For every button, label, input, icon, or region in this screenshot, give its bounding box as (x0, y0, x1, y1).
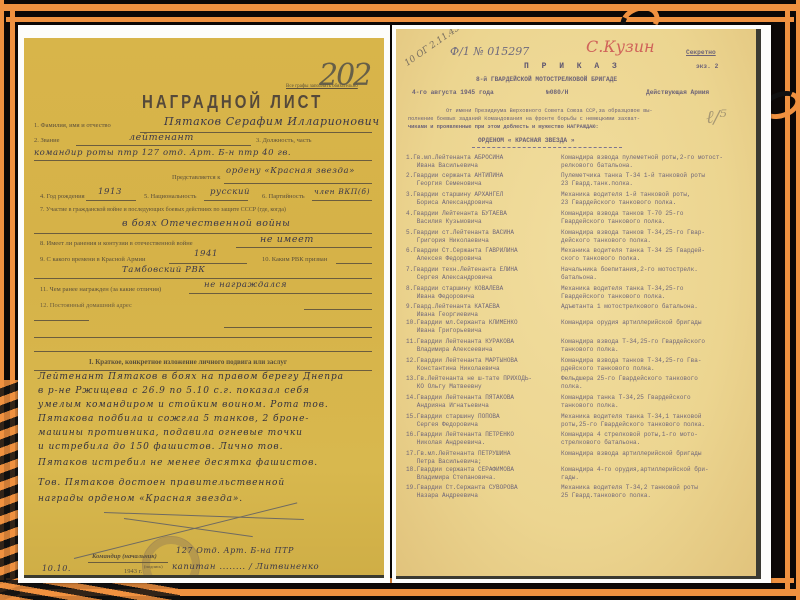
awardee-name: 5.Гвардии ст.Лейтенанта ВАСИНА Григория … (406, 229, 556, 245)
pencil-stroke (124, 518, 253, 537)
commander-value: 127 Отд. Арт. Б-на ПТР (176, 546, 294, 555)
order-mat: 10 ОГ 2.11.45 Ф/1 № 015297 С.Кузин Секре… (392, 25, 771, 583)
awardee-name: 9.Гвард.Лейтенанта КАТАЕВА Ивана Георгие… (406, 303, 556, 319)
field-6-label: 6. Партийность (262, 193, 305, 200)
awardee-name: 8.Гвардии старшину КОВАЛЕВА Ивана Федоро… (406, 285, 556, 301)
awardee-name: 10.Гвардии мл.Сержанта КЛИМЕНКО Ивана Гр… (406, 319, 556, 335)
underline (224, 183, 372, 184)
awardee-position: Механика водителя танка Т-34 25 Гвардей-… (561, 247, 751, 263)
sheet-number: 202 (319, 58, 370, 93)
underline (189, 293, 372, 294)
awardee-position: Адъютанта 1 мотострелкового батальона. (561, 303, 751, 311)
field-1-value: Пятаков Серафим Илларионович (164, 115, 380, 128)
awardee-position: Командира 4 стрелковой роты,1-го мото- с… (561, 431, 751, 447)
awardee-position: Механика водителя 1-й танковой роты, 23 … (561, 191, 751, 207)
order-date: 4-го августа 1945 года (412, 89, 494, 96)
awardee-position: Командира орудия артиллерийской бригады (561, 319, 751, 327)
ribbon-corner-decoration (0, 380, 20, 600)
field-2-value: лейтенант (129, 132, 194, 143)
awardee-position: Механика водителя танка Т-34,1 танковой … (561, 413, 751, 429)
underline (34, 160, 372, 161)
field-4-value: 1913 (98, 187, 122, 197)
signature-sublabel: (подпись) (144, 564, 163, 569)
awardee-position: Механика водителя танка Т-34,25-го Гвард… (561, 285, 751, 301)
awardee-position: Командира взвода артиллерийской бригады (561, 450, 751, 458)
awardee-name: 2.Гвардии сержанта АНТИПИНА Георгия Семе… (406, 172, 556, 188)
awardee-position: Командира взвода танков Т-34,25-го Гва- … (561, 357, 751, 373)
narrative-line: Пятаков истребил не менее десятка фашист… (38, 458, 318, 468)
signatory-name: капитан ........ / Литвиненко (172, 562, 319, 572)
ribbon-stripe (796, 0, 800, 600)
document-title: НАГРАДНОЙ ЛИСТ (142, 92, 323, 113)
date-value: 10.10. (42, 564, 71, 573)
awardee-name: 1.Гв.мл.Лейтенанта АБРОСИНА Ивана Василь… (406, 154, 556, 170)
narrative-line: Пятакова подбила и сожгла 5 танков, 2 бр… (38, 414, 309, 424)
underline (169, 263, 247, 264)
underline (34, 351, 372, 352)
date-year: 1943 г. (124, 568, 142, 575)
field-3-value: командир роты птр 127 отд. Арт. Б-н птр … (34, 148, 291, 158)
awardee-position: Командира взвода пулеметной роты,2-го мо… (561, 154, 751, 170)
field-9-label: 9. С какого времени в Красной Армии (40, 256, 145, 263)
archive-mark: Ф/1 № 015297 (450, 45, 529, 58)
underline (86, 200, 136, 201)
awardee-name: 16.Гвардии Лейтенанта ПЕТРЕНКО Николая А… (406, 431, 556, 447)
awardee-position: Пулеметчика танка Т-34 1-й танковой роты… (561, 172, 751, 188)
narrative-line: Тов. Пятаков достоен правительственной (38, 478, 285, 488)
narrative-line: умелым командиром и стойким воином. Рота… (38, 400, 329, 410)
field-8-value: не имеет (260, 234, 314, 245)
awardee-name: 7.Гвардии техн.Лейтенанта ЕЛИНА Сергея А… (406, 266, 556, 282)
commander-label: Командир (начальник) (92, 553, 157, 560)
order-title: П Р И К А З (524, 62, 621, 71)
dotted-rule (472, 147, 622, 149)
order-number: №080/Н (546, 89, 568, 96)
underline (312, 200, 372, 201)
awardee-name: 11.Гвардии Лейтенанта КУРАКОВА Владимира… (406, 338, 556, 354)
underline (34, 370, 372, 371)
underline (76, 145, 251, 146)
underline (44, 575, 122, 576)
underline (34, 320, 89, 321)
awardee-position: Командира 4-го орудия,артиллерийской бри… (561, 466, 751, 482)
awardee-position: Механика водителя Т-34,2 танковой роты 2… (561, 484, 751, 500)
field-4-label: 4. Год рождения (40, 193, 85, 200)
award-sheet-mat: Все графы заполнять обязательно 202 НАГР… (18, 25, 390, 583)
secret-label: Секретно (686, 49, 716, 56)
order-location: Действующая Армия (646, 89, 709, 96)
ribbon-stripe (0, 4, 800, 11)
awardee-name: 13.Гв.Лейтенанта не ш-тате ПРИХОДЬ- КО О… (406, 375, 556, 391)
ribbon-stripe (6, 17, 794, 22)
field-10-label: 10. Каким РВК призван (262, 256, 327, 263)
awardee-position: Командира танка Т-34,25 Гвардейского тан… (561, 394, 751, 410)
award-sheet-document: Все графы заполнять обязательно 202 НАГР… (24, 38, 384, 578)
red-signature: С.Кузин (586, 37, 655, 56)
awardee-position: Фельдшера 25-го Гвардейского танкового п… (561, 375, 751, 391)
pencil-mark: ℓ/⁵ (706, 107, 727, 128)
awardee-name: 15.Гвардии старшину ПОПОВА Сергея Федоро… (406, 413, 556, 429)
underline (88, 562, 168, 563)
underline (34, 337, 372, 338)
field-1-label: 1. Фамилия, имя и отчество (34, 122, 111, 129)
awardee-position: Командира взвода танков Т-34,25-го Гвар-… (561, 229, 751, 245)
preamble-line: полнение боевых заданий Командования на … (408, 116, 640, 122)
awardee-name: 4.Гвардии Лейтенанта БУТАЕВА Василия Куз… (406, 210, 556, 226)
underline (236, 247, 372, 248)
narrative-line: машины противника, подавила огневые точк… (38, 428, 303, 438)
presented-label: Представляется к (172, 174, 220, 181)
field-5-label: 5. Национальность (144, 193, 197, 200)
field-5-value: русский (210, 187, 250, 197)
awardee-name: 12.Гвардии Лейтенанта МАРТЫНОВА Констант… (406, 357, 556, 373)
order-document: 10 ОГ 2.11.45 Ф/1 № 015297 С.Кузин Секре… (396, 29, 761, 579)
presented-value: ордену «Красная звезда» (226, 166, 355, 176)
awardee-name: 17.Гв.мл.Лейтенанта ПЕТРУШИНА Петра Васи… (406, 450, 556, 466)
awardee-name: 14.Гвардии Лейтенанта ПЯТАКОВА Андрияна … (406, 394, 556, 410)
narrative-line: Лейтенант Пятаков в боях на правом берег… (38, 372, 344, 382)
section-heading: I. Краткое, конкретное изложение личного… (89, 358, 287, 366)
field-11-label: 11. Чем ранее награжден (за какие отличи… (40, 286, 161, 293)
awardee-name: 6.Гвардии Ст.Сержанта ГАВРИЛИНА Алексея … (406, 247, 556, 263)
field-12-label: 12. Постоянный домашний адрес (40, 302, 132, 309)
field-7-label: 7. Участие в гражданской войне и последу… (40, 207, 286, 213)
field-8-label: 8. Имеет ли ранения и контузии в отечест… (40, 240, 193, 247)
order-entry: 19.Гвардии Ст.Сержанта СУВОРОВА Назара А… (406, 484, 751, 508)
awardee-name: 3.Гвардии старшину АРХАНГЕЛ Бориса Алекс… (406, 191, 556, 207)
underline (336, 263, 372, 264)
order-subtitle: 8-й ГВАРДЕЙСКОЙ МОТОСТРЕЛКОВОЙ БРИГАДЕ (476, 76, 617, 83)
copy-label: экз. 2 (696, 63, 718, 70)
underline (34, 278, 372, 279)
field-10-value: Тамбовский РВК (122, 265, 205, 275)
field-3-label: 3. Должность, часть (256, 137, 312, 144)
underline (304, 309, 372, 310)
field-7-value: в боях Отечественной войны (122, 218, 291, 229)
narrative-line: в р-не Ржищева с 26.9 по 5.10 с.г. показ… (38, 386, 310, 396)
order-section-heading: ОРДЕНОМ « КРАСНАЯ ЗВЕЗДА » (478, 137, 575, 144)
preamble-line: чиками и проявленные при этом доблесть и… (408, 124, 599, 130)
field-6-value: член ВКП(б) (314, 187, 370, 196)
awardee-position: Командира взвода танков Т-70 25-го Гвард… (561, 210, 751, 226)
underline (204, 200, 248, 201)
narrative-line: награды орденом «Красная звезда». (38, 494, 243, 504)
field-9-value: 1941 (194, 249, 218, 259)
underline (224, 327, 372, 328)
awardee-name: 18.Гвардии сержанта СЕРАФИМОВА Владимира… (406, 466, 556, 482)
awardee-name: 19.Гвардии Ст.Сержанта СУВОРОВА Назара А… (406, 484, 556, 500)
awardee-position: Командира взвода Т-34,25-го Гвардейского… (561, 338, 751, 354)
narrative-line: и истребила до 150 фашистов. Лично тов. (38, 442, 283, 452)
underline (34, 233, 372, 234)
ribbon-corner-decoration (0, 580, 180, 600)
field-2-label: 2. Звание (34, 137, 59, 144)
field-11-value: не награждался (204, 280, 287, 290)
awardee-position: Начальника боепитания,2-го мотострелк. б… (561, 266, 751, 282)
preamble-line: От имени Президиума Верховного Совета Со… (446, 108, 653, 114)
